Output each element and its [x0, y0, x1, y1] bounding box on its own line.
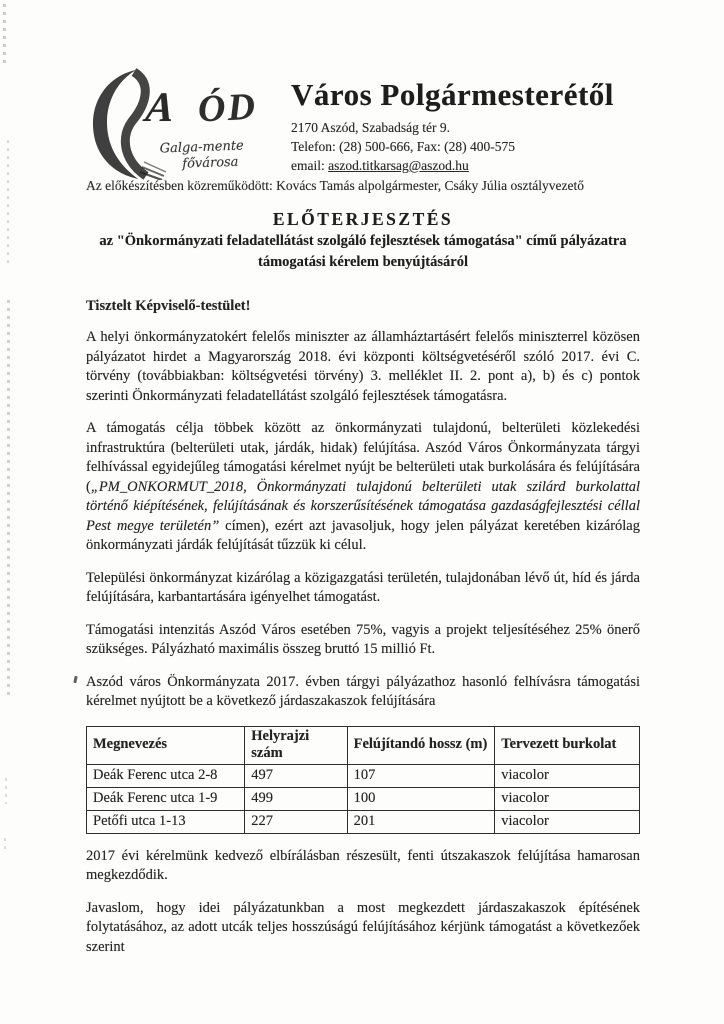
email-label: email:	[291, 158, 328, 173]
scan-artifact-left-edge	[4, 838, 6, 854]
paragraph-proposal: Javaslom, hogy idei pályázatunkban a mos…	[86, 899, 640, 958]
cell-length: 107	[347, 764, 495, 787]
paragraph-legal-basis: A helyi önkormányzatokért felelős minisz…	[86, 328, 640, 406]
document-subtitle-line1: az "Önkormányzati feladatellátást szolgá…	[86, 232, 640, 251]
cell-length: 201	[347, 810, 495, 833]
office-contact: 2170 Aszód, Szabadság tér 9. Telefon: (2…	[291, 118, 691, 175]
sidewalk-sections-table: Megnevezés Helyrajzi szám Felújítandó ho…	[86, 726, 640, 834]
document-body: Az előkészítésben közreműködött: Kovács …	[86, 178, 640, 957]
document-title: ELŐTERJESZTÉS	[86, 209, 640, 230]
cell-length: 100	[347, 787, 495, 810]
prepared-by-line: Az előkészítésben közreműködött: Kovács …	[86, 178, 640, 194]
table-header-length: Felújítandó hossz (m)	[347, 726, 495, 764]
table-row: Deák Ferenc utca 1-9 499 100 viacolor	[87, 787, 640, 810]
email-line: email: aszod.titkarsag@aszod.hu	[291, 156, 691, 175]
paragraph-intensity: Támogatási intenzitás Aszód Város esetéb…	[86, 621, 640, 660]
cell-parcel: 499	[245, 787, 347, 810]
scan-artifact-left-edge	[5, 778, 7, 804]
paragraph-grant-purpose: A támogatás célja többek között az önkor…	[86, 419, 640, 556]
scan-artifact-table-mark	[73, 676, 77, 683]
logo-motto-line1: Galga-mente	[159, 139, 244, 157]
scan-artifact-left-edge	[7, 300, 10, 700]
document-subtitle-line2: támogatási kérelem benyújtásáról	[86, 253, 640, 272]
cell-street: Petőfi utca 1-13	[87, 810, 245, 833]
cell-pavement: viacolor	[495, 764, 640, 787]
email-link[interactable]: aszod.titkarsag@aszod.hu	[328, 158, 469, 173]
address-line: 2170 Aszód, Szabadság tér 9.	[291, 118, 691, 137]
paragraph-2017-application: Aszód város Önkormányzata 2017. évben tá…	[86, 673, 640, 712]
table-header-pavement: Tervezett burkolat	[495, 726, 640, 764]
paragraph-eligibility: Települési önkormányzat kizárólag a közi…	[86, 569, 640, 608]
letterhead: A ÓD Galga-mente fővárosa Város Polgárme…	[0, 0, 724, 200]
office-title: Város Polgármesterétől	[291, 78, 691, 112]
cell-parcel: 497	[245, 764, 347, 787]
table-row: Deák Ferenc utca 2-8 497 107 viacolor	[87, 764, 640, 787]
cell-street: Deák Ferenc utca 1-9	[87, 787, 245, 810]
cell-pavement: viacolor	[495, 787, 640, 810]
paragraph-2017-result: 2017 évi kérelmünk kedvező elbírálásban …	[86, 847, 640, 886]
logo-letters-od: ÓD	[197, 84, 258, 131]
phone-fax-line: Telefon: (28) 500-666, Fax: (28) 400-575	[291, 137, 691, 156]
logo-motto: Galga-mente fővárosa	[159, 139, 244, 174]
office-block: Város Polgármesterétől 2170 Aszód, Szaba…	[291, 78, 691, 175]
aszod-city-logo: A ÓD Galga-mente fővárosa	[90, 68, 290, 178]
scanned-document-page: A ÓD Galga-mente fővárosa Város Polgárme…	[0, 0, 724, 1024]
cell-parcel: 227	[245, 810, 347, 833]
table-header-parcel: Helyrajzi szám	[245, 726, 347, 764]
cell-pavement: viacolor	[495, 810, 640, 833]
table-header-name: Megnevezés	[87, 726, 245, 764]
table-header-row: Megnevezés Helyrajzi szám Felújítandó ho…	[87, 726, 640, 764]
logo-motto-line2: fővárosa	[182, 155, 245, 173]
logo-letter-a: A	[143, 84, 176, 132]
table-row: Petőfi utca 1-13 227 201 viacolor	[87, 810, 640, 833]
salutation: Tisztelt Képviselő-testület!	[86, 298, 640, 315]
title-block: ELŐTERJESZTÉS az "Önkormányzati feladate…	[86, 209, 640, 272]
cell-street: Deák Ferenc utca 2-8	[87, 764, 245, 787]
